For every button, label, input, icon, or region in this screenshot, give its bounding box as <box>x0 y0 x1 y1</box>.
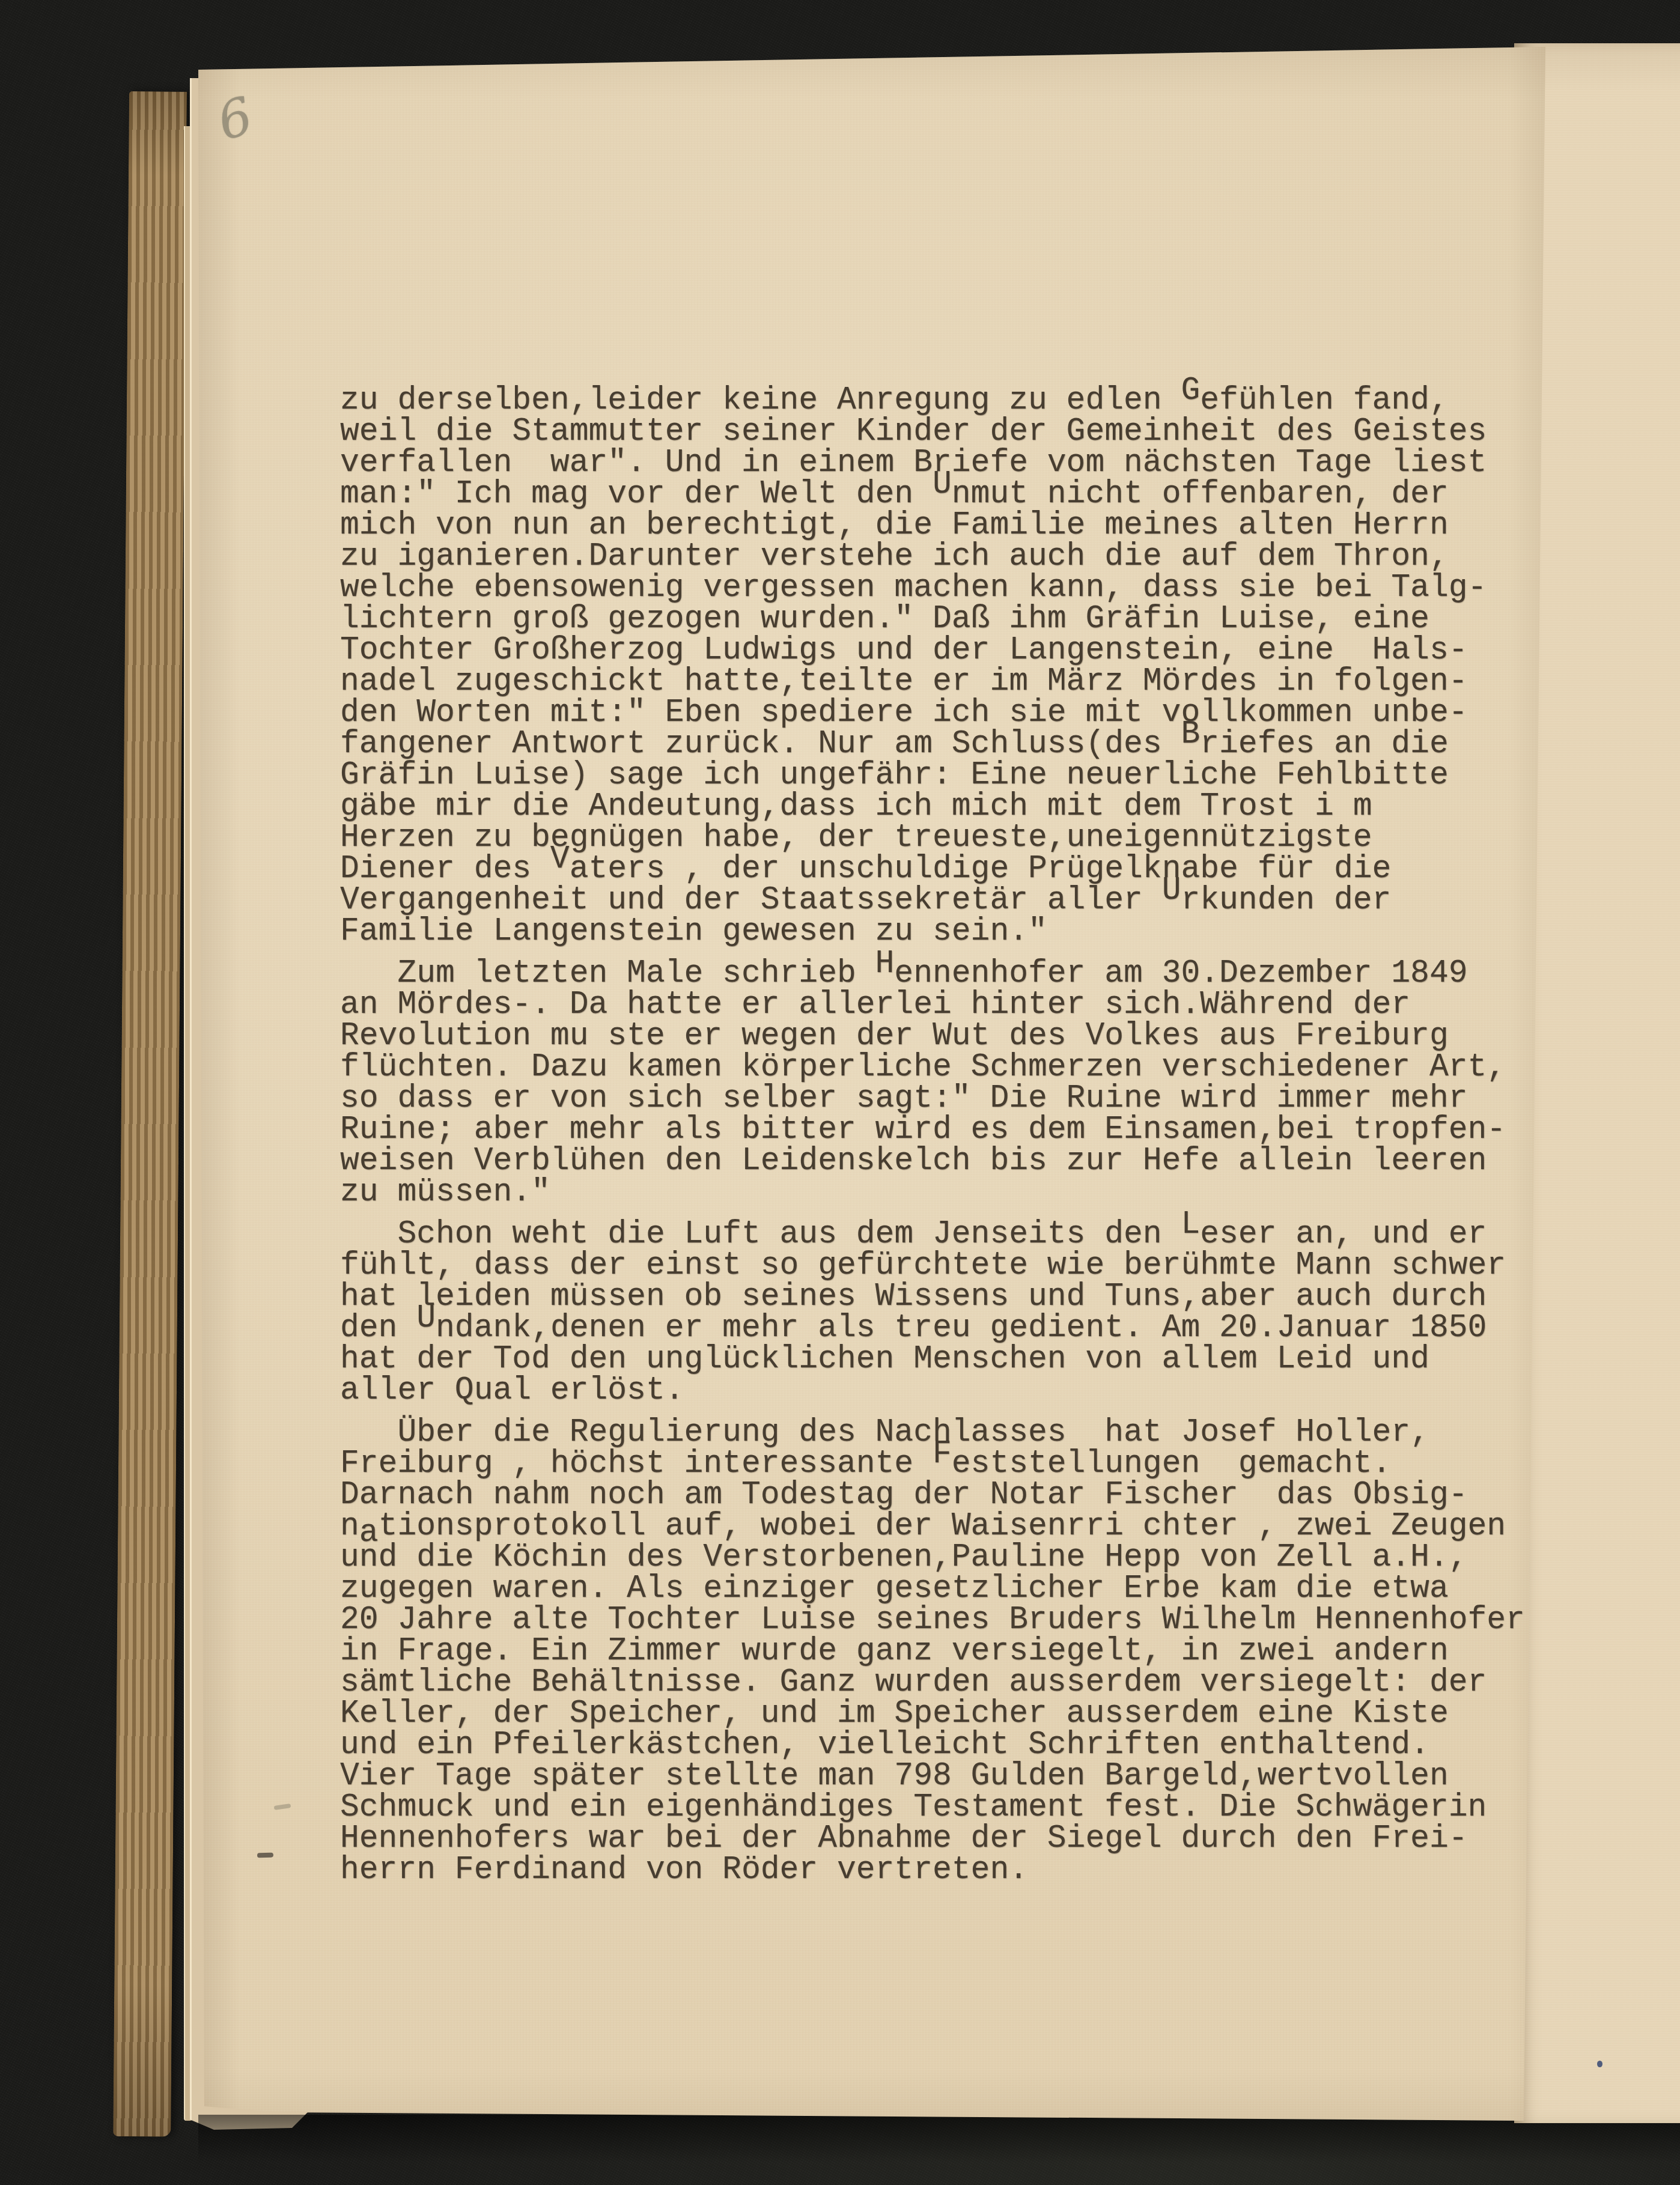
text-line: 20 Jahre alte Tochter Luise seines Brude… <box>340 1604 1536 1635</box>
text-line: fangener Antwort zurück. Nur am Schluss(… <box>340 728 1536 759</box>
text-line: so dass er von sich selber sagt:" Die Ru… <box>340 1083 1536 1114</box>
text-line: fühlt, dass der einst so gefürchtete wie… <box>340 1250 1536 1281</box>
text-line: sämtliche Behältnisse. Ganz wurden ausse… <box>340 1667 1536 1698</box>
text-line: Freiburg , höchst interessante Feststell… <box>340 1448 1536 1479</box>
text-line: zu iganieren.Darunter verstehe ich auch … <box>340 541 1536 572</box>
text-line: Darnach nahm noch am Todestag der Notar … <box>340 1479 1536 1510</box>
paragraph: Zum letzten Male schrieb Hennenhofer am … <box>340 958 1536 1208</box>
text-line: man:" Ich mag vor der Welt den Unmut nic… <box>340 478 1536 509</box>
text-line: gäbe mir die Andeutung,dass ich mich mit… <box>340 791 1536 822</box>
text-line: Familie Langenstein gewesen zu sein." <box>340 916 1536 947</box>
text-line: Tochter Großherzog Ludwigs und der Lange… <box>340 634 1536 666</box>
text-line: hat leiden müssen ob seines Wissens und … <box>340 1281 1536 1312</box>
text-line: welche ebensowenig vergessen machen kann… <box>340 572 1536 603</box>
text-line: Vier Tage später stellte man 798 Gulden … <box>340 1760 1536 1791</box>
text-line: zugegen waren. Als einziger gesetzlicher… <box>340 1573 1536 1604</box>
text-line: den Undank,denen er mehr als treu gedien… <box>340 1312 1536 1343</box>
text-line: den Worten mit:" Eben spediere ich sie m… <box>340 697 1536 728</box>
text-line: an Mördes-. Da hatte er allerlei hinter … <box>340 989 1536 1020</box>
text-line: zu derselben,leider keine Anregung zu ed… <box>340 384 1536 416</box>
text-line: Vergangenheit und der Staatssekretär all… <box>340 884 1536 916</box>
text-line: Hennenhofers war bei der Abnahme der Sie… <box>340 1823 1536 1854</box>
manuscript-page: zu derselben,leider keine Anregung zu ed… <box>198 46 1547 2124</box>
text-line: herrn Ferdinand von Röder vertreten. <box>340 1854 1536 1885</box>
typewritten-text: zu derselben,leider keine Anregung zu ed… <box>340 384 1536 1885</box>
paragraph: zu derselben,leider keine Anregung zu ed… <box>340 384 1536 947</box>
text-line: hat der Tod den unglücklichen Menschen v… <box>340 1343 1536 1375</box>
text-line: Schon weht die Luft aus dem Jenseits den… <box>340 1218 1536 1250</box>
text-line: lichtern groß gezogen wurden." Daß ihm G… <box>340 603 1536 634</box>
pencil-dash-strong-icon <box>257 1853 273 1858</box>
text-line: und die Köchin des Verstorbenen,Pauline … <box>340 1542 1536 1573</box>
ink-speck <box>1597 2061 1602 2067</box>
text-line: Keller, der Speicher, und im Speicher au… <box>340 1698 1536 1729</box>
paragraph: Schon weht die Luft aus dem Jenseits den… <box>340 1218 1536 1406</box>
page-shadow <box>198 2115 1680 2163</box>
text-line: aller Qual erlöst. <box>340 1375 1536 1406</box>
text-line: und ein Pfeilerkästchen, vielleicht Schr… <box>340 1729 1536 1760</box>
text-line: nadel zugeschickt hatte,teilte er im Mär… <box>340 666 1536 697</box>
text-line: Diener des Vaters , der unschuldige Prüg… <box>340 853 1536 884</box>
text-line: flüchten. Dazu kamen körperliche Schmerz… <box>340 1051 1536 1083</box>
text-line: Zum letzten Male schrieb Hennenhofer am … <box>340 958 1536 989</box>
text-line: weisen Verblühen den Leidenskelch bis zu… <box>340 1145 1536 1176</box>
text-line: in Frage. Ein Zimmer wurde ganz versiege… <box>340 1635 1536 1667</box>
text-line: mich von nun an berechtigt, die Familie … <box>340 509 1536 541</box>
text-line: zu müssen." <box>340 1176 1536 1208</box>
text-line: Schmuck und ein eigenhändiges Testament … <box>340 1791 1536 1823</box>
text-line: Gräfin Luise) sage ich ungefähr: Eine ne… <box>340 759 1536 791</box>
text-line: Ruine; aber mehr als bitter wird es dem … <box>340 1114 1536 1145</box>
text-line: weil die Stammutter seiner Kinder der Ge… <box>340 416 1536 447</box>
text-line: Herzen zu begnügen habe, der treueste,un… <box>340 822 1536 853</box>
text-line: Revolution mu ste er wegen der Wut des V… <box>340 1020 1536 1051</box>
paragraph: Über die Regulierung des Nachlasses hat … <box>340 1417 1536 1885</box>
binding-strip <box>113 91 187 2137</box>
text-line: nationsprotokoll auf, wobei der Waisenrr… <box>340 1510 1536 1542</box>
